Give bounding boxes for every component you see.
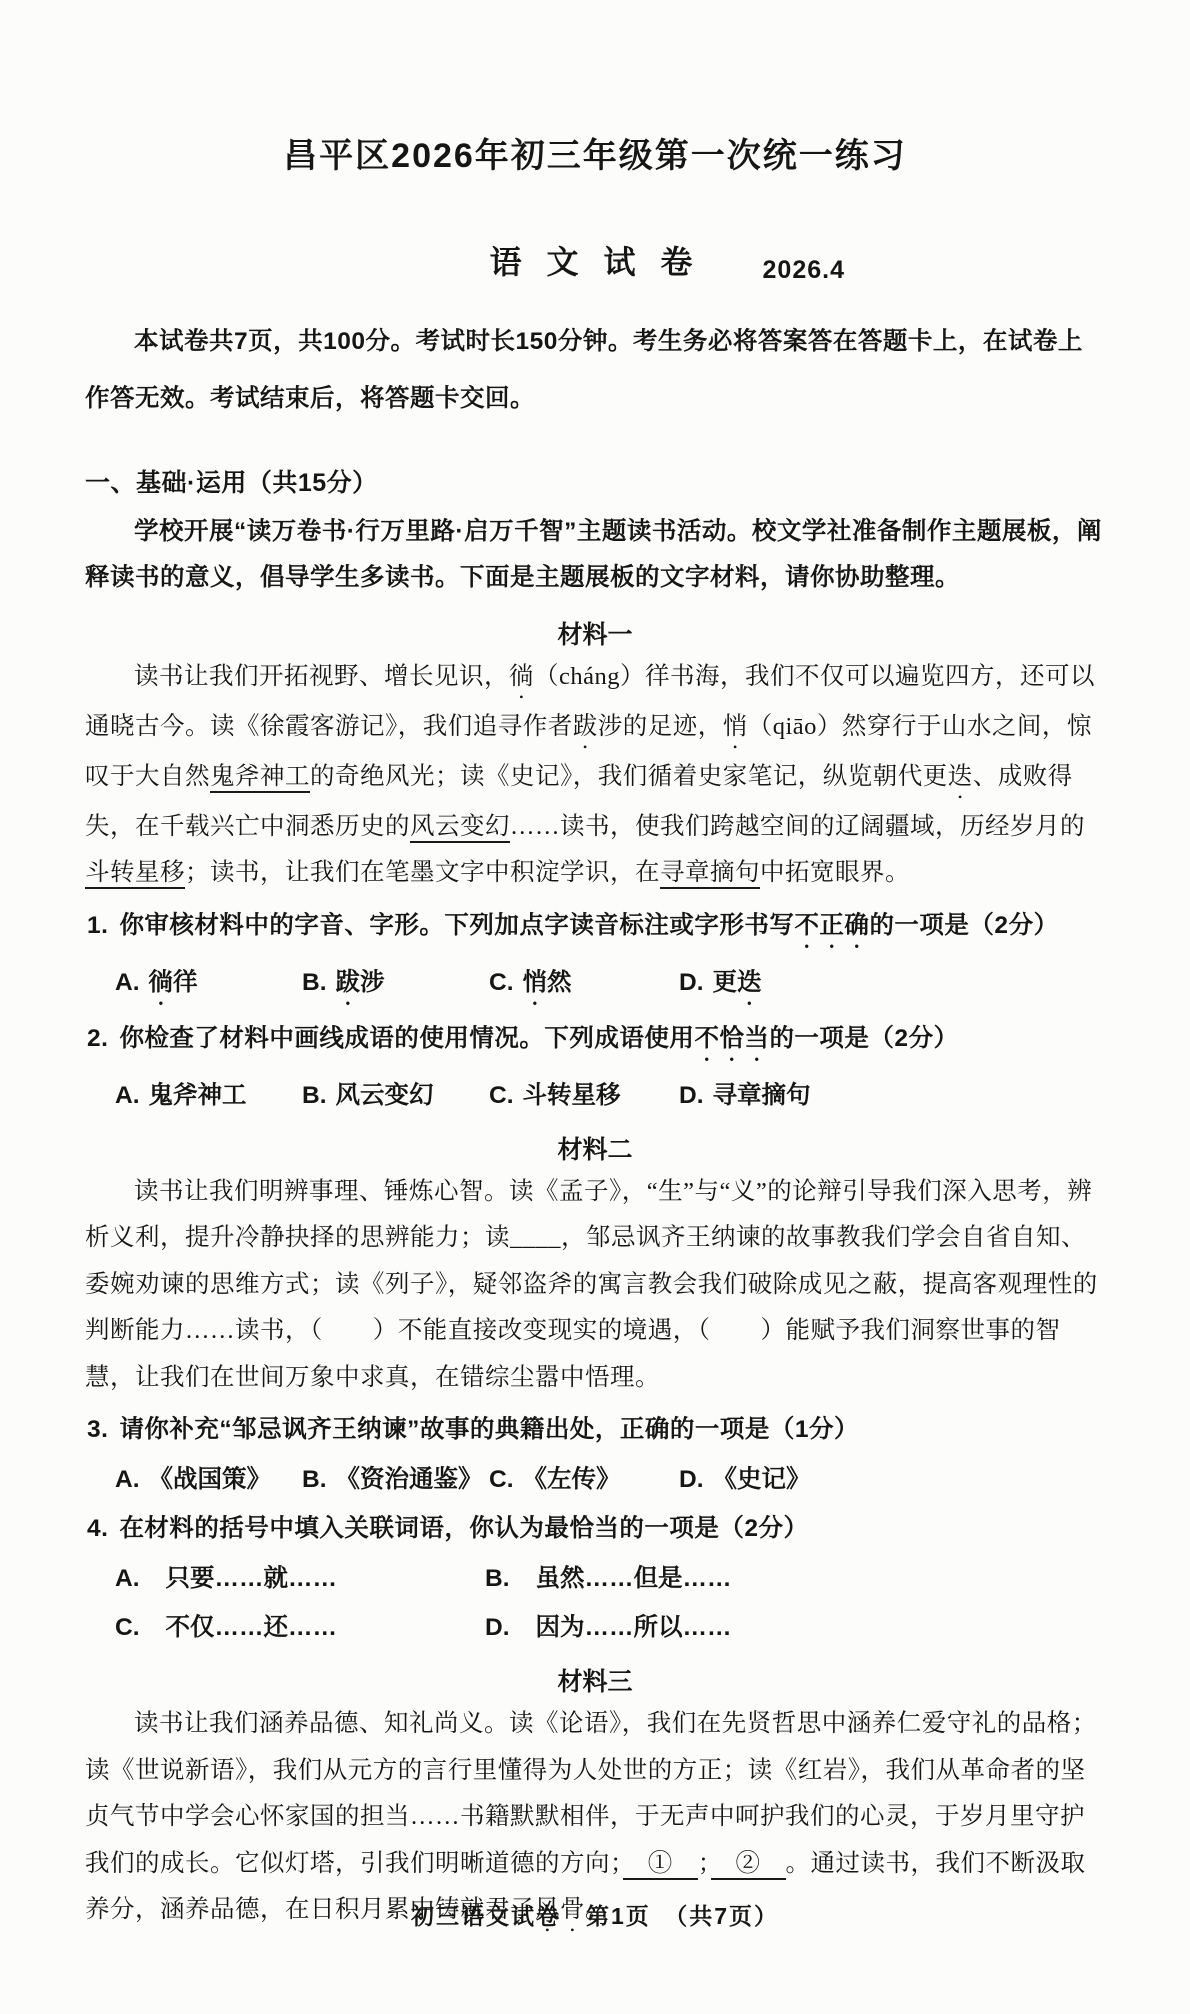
subject-title: 语 文 试 卷 — [490, 239, 701, 285]
option-label: A. — [115, 1460, 140, 1500]
option-text: 鬼斧神工 — [149, 1076, 247, 1116]
exam-title: 昌平区2026年初三年级第一次统一练习 — [85, 136, 1105, 177]
question-3-option-a: A.《战国策》 — [115, 1460, 302, 1500]
option-text: 虽然……但是…… — [536, 1559, 732, 1599]
exam-sheet: 昌平区2026年初三年级第一次统一练习 语 文 试 卷 2026.4 本试卷共7… — [0, 136, 1190, 1937]
option-label: B. — [302, 1460, 327, 1500]
option-label: D. — [485, 1608, 510, 1648]
option-text: 《资治通鉴》 — [336, 1460, 483, 1500]
option-text: 风云变幻 — [336, 1076, 434, 1116]
option-text: 不仅……还…… — [166, 1608, 338, 1648]
option-label: C. — [489, 963, 514, 1003]
question-3-stem: 请你补充“邹忌讽齐王纳谏”故事的典籍出处，正确的一项是（1分） — [119, 1410, 859, 1450]
question-2-option-c: C.斗转星移 — [489, 1076, 679, 1116]
question-3-number: 3. — [87, 1410, 108, 1450]
question-2: 2. 你检查了材料中画线成语的使用情况。下列成语使用不恰当的一项是（2分） — [85, 1019, 1105, 1066]
question-3-options: A.《战国策》 B.《资治通鉴》 C.《左传》 D.《史记》 — [115, 1460, 1105, 1500]
question-2-number: 2. — [87, 1019, 108, 1066]
option-label: D. — [679, 1076, 704, 1116]
option-label: D. — [679, 1460, 704, 1500]
question-3-option-d: D.《史记》 — [679, 1460, 1105, 1500]
option-label: A. — [115, 963, 140, 1003]
option-label: A. — [115, 1559, 140, 1599]
material-1-text: 读书让我们开拓视野、增长见识，徜（cháng）徉书海，我们不仅可以遍览四方，还可… — [85, 654, 1105, 897]
option-text: 悄然 — [523, 963, 572, 1010]
material-1-heading: 材料一 — [85, 615, 1105, 651]
question-1-option-b: B.跋涉 — [302, 963, 489, 1010]
exam-date: 2026.4 — [763, 256, 845, 285]
option-label: C. — [115, 1608, 140, 1648]
question-4-options: A.只要……就…… B.虽然……但是…… C.不仅……还…… D.因为……所以…… — [115, 1559, 1105, 1648]
question-3: 3. 请你补充“邹忌讽齐王纳谏”故事的典籍出处，正确的一项是（1分） — [85, 1410, 1105, 1450]
question-3-option-c: C.《左传》 — [489, 1460, 679, 1500]
option-text: 更迭 — [713, 963, 762, 1010]
option-text: 因为……所以…… — [536, 1608, 732, 1648]
option-text: 跋涉 — [336, 963, 385, 1010]
option-label: C. — [489, 1076, 514, 1116]
option-text: 徜徉 — [149, 963, 198, 1010]
option-label: C. — [489, 1460, 514, 1500]
section-1-intro: 学校开展“读万卷书·行万里路·启万千智”主题读书活动。校文学社准备制作主题展板，… — [85, 509, 1105, 601]
subtitle-row: 语 文 试 卷 2026.4 — [85, 239, 1105, 285]
question-4-option-a: A.只要……就…… — [115, 1559, 485, 1599]
material-3-heading: 材料三 — [85, 1662, 1105, 1698]
question-2-option-a: A.鬼斧神工 — [115, 1076, 302, 1116]
question-1-option-d: D.更迭 — [679, 963, 1105, 1010]
question-4-stem: 在材料的括号中填入关联词语，你认为最恰当的一项是（2分） — [119, 1509, 808, 1549]
question-4-option-b: B.虽然……但是…… — [485, 1559, 1105, 1599]
option-label: D. — [679, 963, 704, 1003]
question-4-option-d: D.因为……所以…… — [485, 1608, 1105, 1648]
question-2-options: A.鬼斧神工 B.风云变幻 C.斗转星移 D.寻章摘句 — [115, 1076, 1105, 1116]
question-1-option-a: A.徜徉 — [115, 963, 302, 1010]
option-label: A. — [115, 1076, 140, 1116]
option-text: 《左传》 — [523, 1460, 621, 1500]
material-2-heading: 材料二 — [85, 1130, 1105, 1166]
question-1-number: 1. — [87, 906, 108, 953]
question-1-option-c: C.悄然 — [489, 963, 679, 1010]
question-1-options: A.徜徉 B.跋涉 C.悄然 D.更迭 — [115, 963, 1105, 1010]
option-text: 寻章摘句 — [713, 1076, 811, 1116]
question-1-stem: 你审核材料中的字音、字形。下列加点字读音标注或字形书写不正确的一项是（2分） — [119, 906, 1058, 953]
question-2-option-b: B.风云变幻 — [302, 1076, 489, 1116]
question-1: 1. 你审核材料中的字音、字形。下列加点字读音标注或字形书写不正确的一项是（2分… — [85, 906, 1105, 953]
material-2-text: 读书让我们明辨事理、锤炼心智。读《孟子》，“生”与“义”的论辩引导我们深入思考，… — [85, 1169, 1105, 1402]
option-label: B. — [485, 1559, 510, 1599]
option-text: 只要……就…… — [166, 1559, 338, 1599]
exam-notice: 本试卷共7页，共100分。考试时长150分钟。考生务必将答案答在答题卡上，在试卷… — [85, 313, 1105, 427]
question-4: 4. 在材料的括号中填入关联词语，你认为最恰当的一项是（2分） — [85, 1509, 1105, 1549]
question-4-option-c: C.不仅……还…… — [115, 1608, 485, 1648]
question-2-option-d: D.寻章摘句 — [679, 1076, 1105, 1116]
question-3-option-b: B.《资治通鉴》 — [302, 1460, 489, 1500]
page-footer: 初三语文试卷 第1页 （共7页） — [0, 1898, 1190, 1931]
option-label: B. — [302, 1076, 327, 1116]
question-2-stem: 你检查了材料中画线成语的使用情况。下列成语使用不恰当的一项是（2分） — [119, 1019, 958, 1066]
section-1-heading: 一、基础·运用（共15分） — [85, 463, 1105, 499]
option-text: 《史记》 — [713, 1460, 811, 1500]
scanned-exam-page: { "page": { "title": "昌平区2026年初三年级第一次统一练… — [0, 0, 1190, 2014]
option-label: B. — [302, 963, 327, 1003]
option-text: 斗转星移 — [523, 1076, 621, 1116]
question-4-number: 4. — [87, 1509, 108, 1549]
option-text: 《战国策》 — [149, 1460, 272, 1500]
